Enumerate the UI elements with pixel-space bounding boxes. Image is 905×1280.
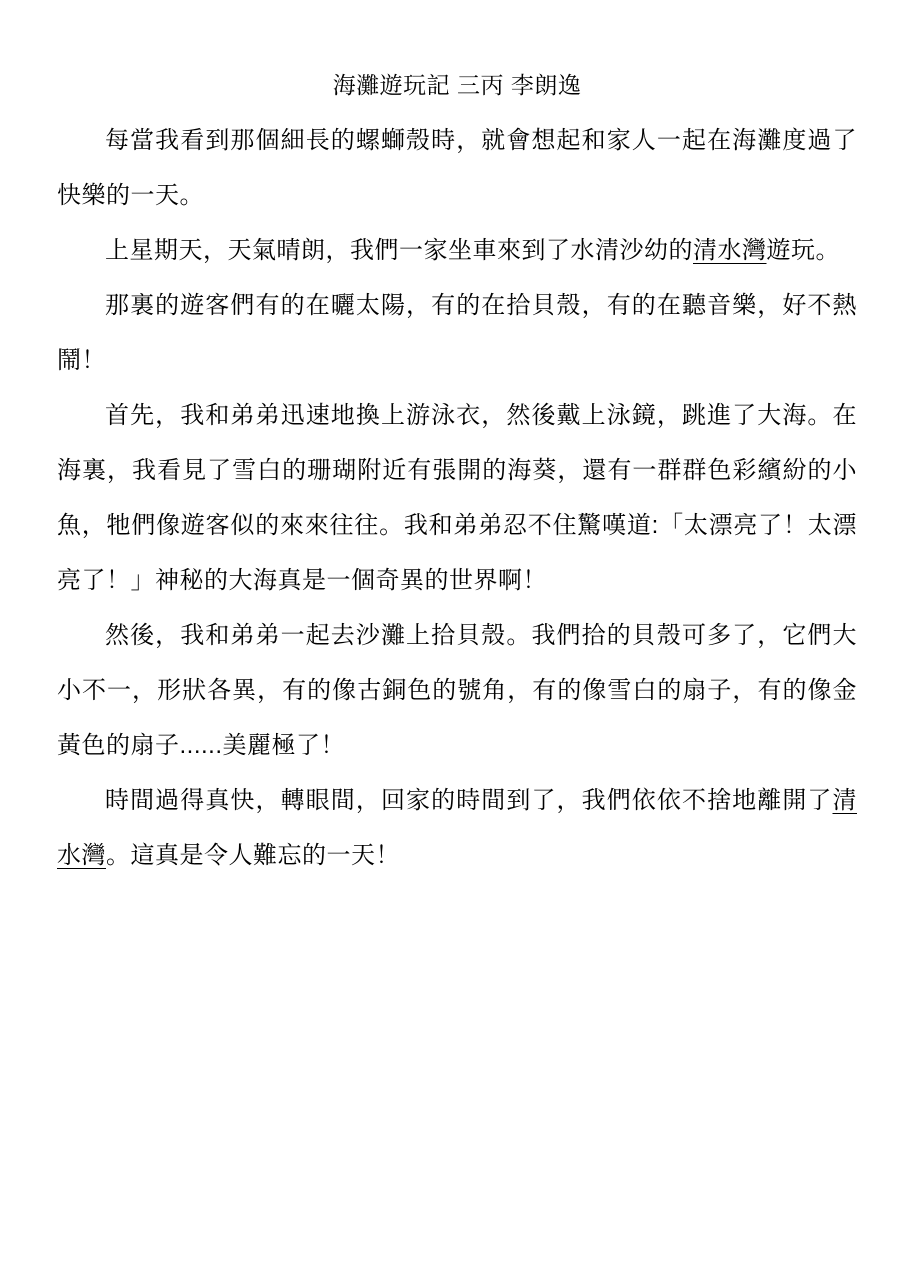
proper-noun-underlined: 清水灣: [693, 237, 767, 264]
paragraph: 每當我看到那個細長的螺螄殼時，就會想起和家人一起在海灘度過了快樂的一天。: [57, 113, 857, 223]
paragraph: 然後，我和弟弟一起去沙灘上拾貝殼。我們拾的貝殼可多了，它們大小不一，形狀各異，有…: [57, 608, 857, 773]
paragraph: 那裏的遊客們有的在曬太陽，有的在拾貝殼，有的在聽音樂，好不熱鬧！: [57, 278, 857, 388]
text-segment: 遊玩。: [767, 237, 841, 264]
text-segment: 上星期天，天氣晴朗，我們一家坐車來到了水清沙幼的: [105, 237, 693, 264]
text-segment: 那裏的遊客們有的在曬太陽，有的在拾貝殼，有的在聽音樂，好不熱鬧！: [57, 292, 857, 374]
text-segment: 然後，我和弟弟一起去沙灘上拾貝殼。我們拾的貝殼可多了，它們大小不一，形狀各異，有…: [57, 622, 857, 759]
text-segment: 首先，我和弟弟迅速地換上游泳衣，然後戴上泳鏡，跳進了大海。在海裏，我看見了雪白的…: [57, 402, 857, 594]
document-body: 每當我看到那個細長的螺螄殼時，就會想起和家人一起在海灘度過了快樂的一天。上星期天…: [57, 113, 857, 883]
text-segment: 每當我看到那個細長的螺螄殼時，就會想起和家人一起在海灘度過了快樂的一天。: [57, 127, 857, 209]
paragraph: 首先，我和弟弟迅速地換上游泳衣，然後戴上泳鏡，跳進了大海。在海裏，我看見了雪白的…: [57, 388, 857, 608]
document-title: 海灘遊玩記 三丙 李朗逸: [57, 58, 857, 113]
paragraph: 時間過得真快，轉眼間，回家的時間到了，我們依依不捨地離開了清水灣。這真是令人難忘…: [57, 773, 857, 883]
text-segment: 時間過得真快，轉眼間，回家的時間到了，我們依依不捨地離開了: [105, 787, 833, 814]
text-segment: 。這真是令人難忘的一天！: [106, 842, 400, 869]
paragraph: 上星期天，天氣晴朗，我們一家坐車來到了水清沙幼的清水灣遊玩。: [57, 223, 857, 278]
document-page: 海灘遊玩記 三丙 李朗逸 每當我看到那個細長的螺螄殼時，就會想起和家人一起在海灘…: [0, 0, 905, 1280]
